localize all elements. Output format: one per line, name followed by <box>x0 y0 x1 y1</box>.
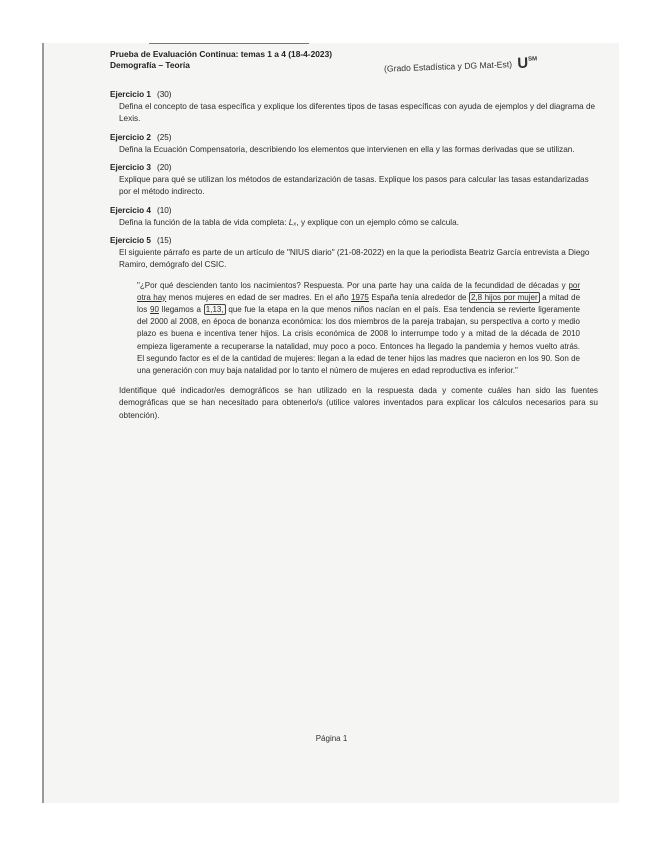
exercise-points: (10) <box>157 206 172 215</box>
exercise-3: Ejercicio 3(20) Explique para qué se uti… <box>110 162 598 199</box>
exercise-points: (20) <box>157 163 172 172</box>
exercise-text: Defina la Ecuación Compensatoria, descri… <box>110 144 598 156</box>
exercise-heading: Ejercicio 3(20) <box>110 162 598 174</box>
exercise-2: Ejercicio 2(25) Defina la Ecuación Compe… <box>110 132 598 156</box>
exercise-points: (30) <box>157 90 172 99</box>
exam-content: Ejercicio 1(30) Defina el concepto de ta… <box>110 89 598 428</box>
exercise-text: Defina la función de la tabla de vida co… <box>110 217 598 229</box>
page-number: Página 1 <box>44 734 619 743</box>
exercise-5: Ejercicio 5(15) El siguiente párrafo es … <box>110 235 598 422</box>
exercise-question: Identifique qué indicador/es demográfico… <box>110 385 598 422</box>
exercise-points: (15) <box>157 236 172 245</box>
handwritten-box: 1,13, <box>204 304 226 315</box>
exercise-intro: El siguiente párrafo es parte de un artí… <box>110 247 598 271</box>
handwritten-underline: 1975 <box>351 293 369 302</box>
exercise-text: Defina el concepto de tasa específica y … <box>110 101 598 125</box>
scan-artifact-line <box>149 43 309 44</box>
exercise-heading: Ejercicio 4(10) <box>110 205 598 217</box>
handwritten-box: 2,8 hijos por mujer <box>469 292 540 303</box>
exercise-text: Explique para qué se utilizan los método… <box>110 174 598 198</box>
exercise-heading: Ejercicio 1(30) <box>110 89 598 101</box>
article-quote: "¿Por qué descienden tanto los nacimient… <box>137 280 580 378</box>
exercise-points: (25) <box>157 133 172 142</box>
scanned-page: Prueba de Evaluación Continua: temas 1 a… <box>42 43 619 803</box>
handwritten-underline: 90 <box>150 305 159 314</box>
exercise-1: Ejercicio 1(30) Defina el concepto de ta… <box>110 89 598 126</box>
degree-text: (Grado Estadística y DG Mat-Est) <box>384 59 512 73</box>
exercise-heading: Ejercicio 2(25) <box>110 132 598 144</box>
exercise-4: Ejercicio 4(10) Defina la función de la … <box>110 205 598 229</box>
exercise-heading: Ejercicio 5(15) <box>110 235 598 247</box>
university-logo-icon: USM <box>517 54 537 72</box>
